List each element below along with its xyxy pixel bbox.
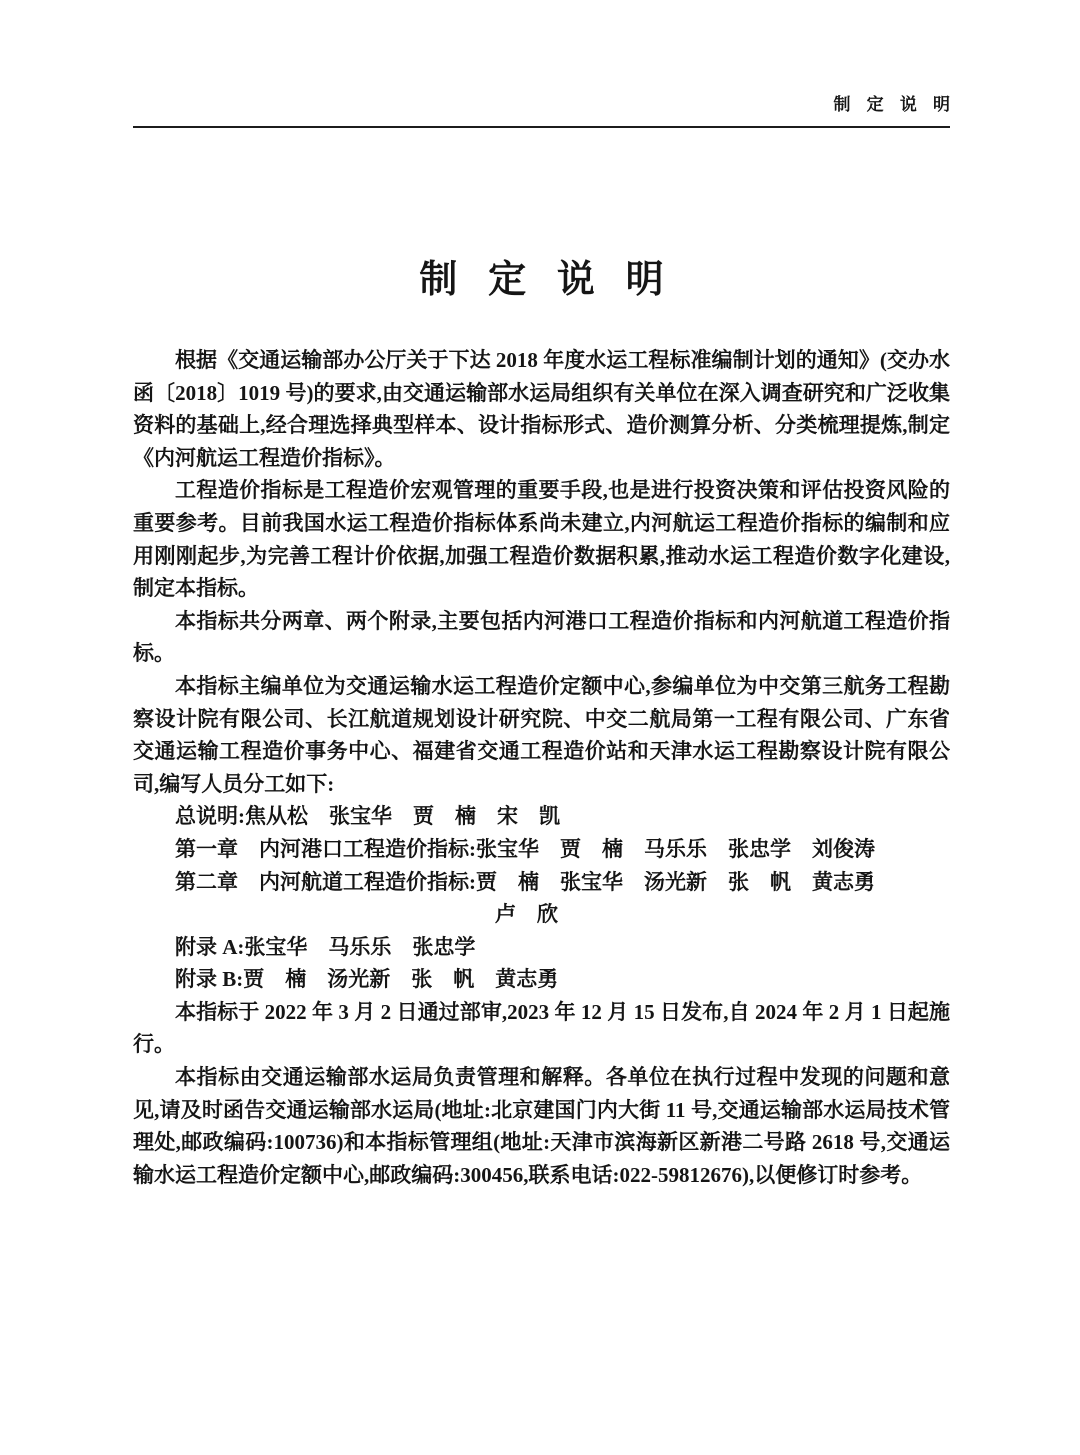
paragraph-purpose: 工程造价指标是工程造价宏观管理的重要手段,也是进行投资决策和评估投资风险的重要参… xyxy=(133,474,950,604)
credit-chapter1: 第一章 内河港口工程造价指标:张宝华 贾 楠 马乐乐 张忠学 刘俊涛 xyxy=(133,833,950,866)
running-head-text: 制 定 说 明 xyxy=(834,95,956,114)
paragraph-management-contact: 本指标由交通运输部水运局负责管理和解释。各单位在执行过程中发现的问题和意见,请及… xyxy=(133,1061,950,1191)
page-header: 制 定 说 明 xyxy=(133,90,950,128)
credit-chapter2: 第二章 内河航道工程造价指标:贾 楠 张宝华 汤光新 张 帆 黄志勇 xyxy=(133,866,950,899)
paragraph-basis-of-compilation: 根据《交通运输部办公厅关于下达 2018 年度水运工程标准编制计划的通知》(交办… xyxy=(133,344,950,474)
document-page: 制 定 说 明 制 定 说 明 根据《交通运输部办公厅关于下达 2018 年度水… xyxy=(0,0,1080,1455)
credit-appendix-a: 附录 A:张宝华 马乐乐 张忠学 xyxy=(133,931,950,964)
credit-general-notes: 总说明:焦从松 张宝华 贾 楠 宋 凯 xyxy=(133,800,950,833)
paragraph-organizations: 本指标主编单位为交通运输水运工程造价定额中心,参编单位为中交第三航务工程勘察设计… xyxy=(133,670,950,800)
paragraph-approval-dates: 本指标于 2022 年 3 月 2 日通过部审,2023 年 12 月 15 日… xyxy=(133,996,950,1061)
credit-chapter2-continuation: 卢 欣 xyxy=(133,898,950,931)
credit-appendix-b: 附录 B:贾 楠 汤光新 张 帆 黄志勇 xyxy=(133,963,950,996)
document-body: 根据《交通运输部办公厅关于下达 2018 年度水运工程标准编制计划的通知》(交办… xyxy=(133,344,950,1191)
page-title: 制 定 说 明 xyxy=(133,254,950,306)
paragraph-structure: 本指标共分两章、两个附录,主要包括内河港口工程造价指标和内河航道工程造价指标。 xyxy=(133,605,950,670)
